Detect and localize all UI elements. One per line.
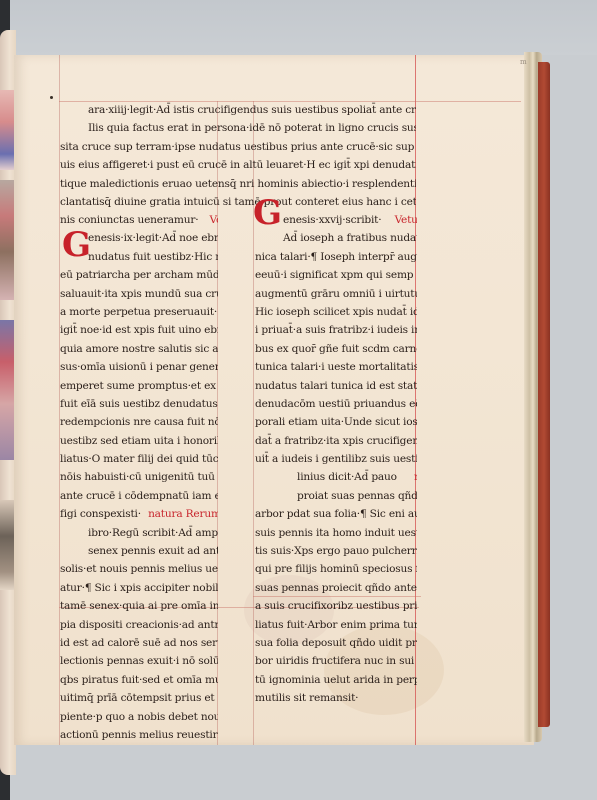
line-text: Ad̄ ioseph a fratibus nudatur tu — [283, 232, 417, 244]
rubric-source-label: natura — [414, 471, 417, 483]
line-text: atur·¶ Sic i xpis accipiter nobilis· — [60, 582, 218, 594]
line-text: suas pennas proiecit qñdo ante crucē — [255, 582, 417, 594]
text-line: suas pennas proiecit qñdo ante crucē — [255, 579, 417, 597]
line-text: i priuat̄·a suis fratribz·i iudeis infid… — [255, 324, 417, 336]
text-line: nōis habuisti·cū unigenitū tuū sic — [60, 468, 218, 486]
text-line: tique maledictionis eruao uetensq̄ nri h… — [60, 175, 416, 193]
line-text: nudatus talari tunica id est statim post — [255, 380, 417, 392]
line-text: uit̄ a iudeis i gentilibz suis uestibus· — [255, 453, 417, 465]
line-text: arbor pdat sua folia·¶ Sic eni auis — [255, 508, 417, 520]
background-top — [0, 0, 597, 55]
rubric-source-label: Vetus — [210, 214, 218, 226]
line-text: augmentū grāru omniū i uirtutum· — [255, 288, 417, 300]
text-line: actionū pennis melius reuestiri· — [60, 726, 218, 744]
red-binding-cover — [538, 62, 550, 727]
line-text: igit̄ noe·id est xpis fuit uino ebrius· — [60, 324, 218, 336]
line-text: Hic ioseph scilicet xpis nudat̄ id est e… — [255, 306, 417, 318]
text-line: uitimq̄ prīā cōtempsit prius et — [60, 689, 218, 707]
text-line: a suis crucifixoribz uestibus prius spo — [255, 597, 417, 615]
line-text: ibro·Regū scribit·Ad̄ ampiter — [88, 527, 218, 539]
text-line: fuit eīā suis uestibz denudatus·quia — [60, 395, 218, 413]
text-line: saluauit·ita xpis mundū sua cruce — [60, 285, 218, 303]
line-text: qbs piratus fuit·sed et omīa mundi — [60, 674, 218, 686]
line-text: fuit eīā suis uestibz denudatus·quia — [60, 398, 218, 410]
text-line: solis·et nouis pennis melius uesti — [60, 560, 218, 578]
text-line: i priuat̄·a suis fratribz·i iudeis infid… — [255, 321, 417, 339]
text-line: suis pennis ita homo induit uestime — [255, 524, 417, 542]
text-line: dat̄ a fratribz·ita xpis crucifigendus e… — [255, 432, 417, 450]
line-text: denudacōm uestiū priuandus eēt cor — [255, 398, 417, 410]
text-line: mutilis sit remansit· — [255, 689, 417, 707]
text-line: pia dispositi creacionis·ad antrū solis — [60, 616, 218, 634]
text-line: tis suis·Xps ergo pauo pulcherrim? — [255, 542, 417, 560]
line-text: solis·et nouis pennis melius uesti — [60, 563, 218, 575]
text-line: liatus fuit·Arbor enim prima tunc — [255, 616, 417, 634]
text-line: a morte perpetua preseruauit· ¶ Hic — [60, 303, 218, 321]
text-line: uit̄ a iudeis i gentilibz suis uestibus· — [255, 450, 417, 468]
text-line: atur·¶ Sic i xpis accipiter nobilis· — [60, 579, 218, 597]
text-line: sus·omīa uisionū i penar genera — [60, 358, 218, 376]
line-text: quia amore nostre salutis sic accen — [60, 343, 218, 355]
text-line: liatus·O mater filij dei quid tūc tanta — [60, 450, 218, 468]
line-text: tū ignominia uelut arida in perpetuum — [255, 674, 417, 686]
text-line: eū patriarcha per archam mūdum — [60, 266, 218, 284]
line-text: figi conspexisti· — [60, 508, 141, 520]
line-text: emperet sume promptus·et ex hoc — [60, 380, 218, 392]
line-text: sita cruce sup terram·ipse nudatus uesti… — [60, 141, 416, 153]
text-line: denudacōm uestiū priuandus eēt cor — [255, 395, 417, 413]
text-line: lectionis pennas exuit·i nō solū uestes — [60, 652, 218, 670]
line-text: qui pre filijs hominū speciosus fuit — [255, 563, 417, 575]
text-line: ibro·Regū scribit·Ad̄ ampiter — [60, 524, 218, 542]
line-text: Ilis quia factus erat in persona·idē nō … — [88, 122, 416, 134]
text-line: arbor pdat sua folia·¶ Sic eni auis — [255, 505, 417, 523]
line-text: uitimq̄ prīā cōtempsit prius et — [60, 692, 214, 704]
decorated-initial-g: G — [253, 196, 282, 230]
text-line: proiat suas pennas qñdo prima — [255, 487, 417, 505]
line-text: linius dicit·Ad̄ pauo — [297, 471, 397, 483]
text-line: nudatus talari tunica id est statim post — [255, 377, 417, 395]
line-text: a suis crucifixoribz uestibus prius spo — [255, 600, 417, 612]
text-line: augmentū grāru omniū i uirtutum· — [255, 285, 417, 303]
decorated-initial-g: G — [62, 228, 91, 262]
text-line: qbs piratus fuit·sed et omīa mundi — [60, 671, 218, 689]
text-line: bus ex quor̄ gñe fuit scdm carnē natus — [255, 340, 417, 358]
line-text: bus ex quor̄ gñe fuit scdm carnē natus — [255, 343, 417, 355]
line-text: liatus fuit·Arbor enim prima tunc — [255, 619, 417, 631]
line-text: sus·omīa uisionū i penar genera — [60, 361, 218, 373]
line-text: id est ad calorē suē ad nos seruide di — [60, 637, 218, 649]
line-text: nica talari·¶ Ioseph interpr̄ augmentū — [255, 251, 417, 263]
line-text: tamē senex·quia ai pre omīa in pina — [60, 600, 218, 612]
line-text: ante crucē i cōdempnatū iam eciā — [60, 490, 218, 502]
text-line: sita cruce sup terram·ipse nudatus uesti… — [60, 138, 416, 156]
text-line: id est ad calorē suē ad nos seruide di — [60, 634, 218, 652]
line-text: uestibz sed etiam uita i honoribz spo — [60, 435, 218, 447]
line-text: lectionis pennas exuit·i nō solū uestes — [60, 655, 218, 667]
line-text: mutilis sit remansit· — [255, 692, 358, 704]
line-text: suis pennis ita homo induit uestime — [255, 527, 417, 539]
text-line: tamē senex·quia ai pre omīa in pina — [60, 597, 218, 615]
text-line: igit̄ noe·id est xpis fuit uino ebrius· — [60, 321, 218, 339]
text-line: uis eius affigeret·i pust eū crucē in al… — [60, 156, 416, 174]
text-line: piente·p quo a nobis debet nouis grāu — [60, 708, 218, 726]
prick-mark — [50, 96, 53, 99]
text-line: senex pennis exuit ad antrum — [60, 542, 218, 560]
line-text: piente·p quo a nobis debet nouis grāu — [60, 711, 218, 723]
line-text: actionū pennis melius reuestiri· — [60, 729, 218, 741]
line-text: liatus·O mater filij dei quid tūc tanta — [60, 453, 218, 465]
line-text: enesis·ix·legit·Ad̄ noe ebrius — [88, 232, 218, 244]
line-text: uis eius affigeret·i pust eū crucē in al… — [60, 159, 416, 171]
text-line: uestibz sed etiam uita i honoribz spo — [60, 432, 218, 450]
line-text: eū patriarcha per archam mūdum — [60, 269, 218, 281]
line-text: eeuū·i significat xpm qui semp suis est — [255, 269, 417, 281]
line-text: a morte perpetua preseruauit· — [60, 306, 217, 318]
line-text: clantatisq̄ diuine gratia intuicū si tam… — [60, 196, 416, 208]
text-line: Ilis quia factus erat in persona·idē nō … — [60, 119, 416, 137]
folio-number: m — [520, 58, 527, 66]
rubric-source-label: natura Rerum — [148, 508, 218, 520]
text-line: bor uiridis fructifera nuc in sui magni — [255, 652, 417, 670]
line-text: enesis·xxvij·scribit· — [283, 214, 381, 226]
text-line: nica talari·¶ Ioseph interpr̄ augmentū — [255, 248, 417, 266]
text-line: eeuū·i significat xpm qui semp suis est — [255, 266, 417, 284]
line-text: sua folia deposuit qñdo uidit prius ar — [255, 637, 417, 649]
line-text: tunica talari·i ueste mortalitatis·ul fu… — [255, 361, 417, 373]
line-text: tis suis·Xps ergo pauo pulcherrim? — [255, 545, 417, 557]
text-line: linius dicit·Ad̄ pauo natura — [255, 468, 417, 486]
text-line: sua folia deposuit qñdo uidit prius ar — [255, 634, 417, 652]
line-text: tique maledictionis eruao uetensq̄ nri h… — [60, 178, 416, 190]
rubric-source-label: Vetus· — [395, 214, 417, 226]
line-text: senex pennis exuit ad antrum — [88, 545, 218, 557]
text-line: Hic ioseph scilicet xpis nudat̄ id est e… — [255, 303, 417, 321]
line-text: saluauit·ita xpis mundū sua cruce — [60, 288, 218, 300]
line-text: porali etiam uita·Unde sicut ioseph nu — [255, 416, 417, 428]
text-column-right: enesis·xxvij·scribit· Vetus· Ad̄ ioseph … — [255, 211, 417, 708]
line-text: pia dispositi creacionis·ad antrū solis — [60, 619, 218, 631]
line-text: dat̄ a fratribz·ita xpis crucifigendus e… — [255, 435, 417, 447]
text-line: porali etiam uita·Unde sicut ioseph nu — [255, 413, 417, 431]
text-line: tū ignominia uelut arida in perpetuum — [255, 671, 417, 689]
text-line: ante crucē i cōdempnatū iam eciā — [60, 487, 218, 505]
text-line: ara·xiiij·legit·Ad̄ istis crucifigendus … — [60, 101, 416, 119]
text-column-left-body: nis coniunctas ueneramur· Vetus enesis·i… — [60, 211, 218, 744]
line-text: ara·xiiij·legit·Ad̄ istis crucifigendus … — [88, 104, 416, 116]
text-line: clantatisq̄ diuine gratia intuicū si tam… — [60, 193, 416, 211]
text-line: quia amore nostre salutis sic accen — [60, 340, 218, 358]
text-line: redempcionis nre causa fuit nō solum — [60, 413, 218, 431]
line-text: nudatus fuit uestibz·Hic noe — [88, 251, 218, 263]
line-text: bor uiridis fructifera nuc in sui magni — [255, 655, 417, 667]
line-text: proiat suas pennas qñdo prima — [297, 490, 417, 502]
text-line: qui pre filijs hominū speciosus fuit — [255, 560, 417, 578]
line-text: nōis habuisti·cū unigenitū tuū sic — [60, 471, 218, 483]
text-line: emperet sume promptus·et ex hoc — [60, 377, 218, 395]
line-text: redempcionis nre causa fuit nō solum — [60, 416, 218, 428]
text-column-left: ara·xiiij·legit·Ad̄ istis crucifigendus … — [60, 101, 416, 211]
text-line: figi conspexisti· natura Rerum — [60, 505, 218, 523]
text-line: tunica talari·i ueste mortalitatis·ul fu… — [255, 358, 417, 376]
